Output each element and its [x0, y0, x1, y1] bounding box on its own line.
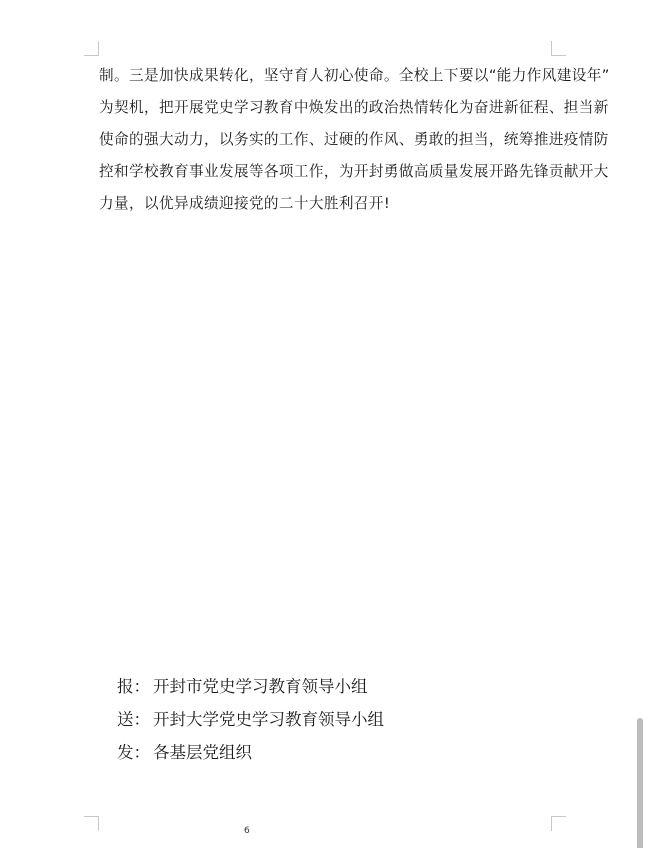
distribution-list: 报： 开封市党史学习教育领导小组 送： 开封大学党史学习教育领导小组 发： 各基… [117, 670, 384, 769]
distribution-row-issue: 发： 各基层党组织 [117, 736, 384, 769]
margin-marker-top-right [551, 41, 566, 56]
page-number: 6 [244, 826, 250, 836]
distribution-recipient: 开封大学党史学习教育领导小组 [153, 703, 384, 736]
distribution-recipient: 各基层党组织 [153, 736, 252, 769]
paragraph-line: 使命的强大动力，以务实的工作、过硬的作风、勇敢的担当，统筹推进疫情防 [99, 124, 551, 156]
margin-marker-top-left [84, 41, 99, 56]
margin-marker-bottom-right [551, 816, 566, 831]
paragraph-line: 制。三是加快成果转化，坚守育人初心使命。全校上下要以“能力作风建设年” [99, 60, 551, 92]
distribution-row-report: 报： 开封市党史学习教育领导小组 [117, 670, 384, 703]
distribution-label: 报： [117, 670, 153, 703]
vertical-scrollbar[interactable] [637, 718, 643, 848]
distribution-recipient: 开封市党史学习教育领导小组 [153, 670, 368, 703]
paragraph-line: 控和学校教育事业发展等各项工作，为开封勇做高质量发展开路先锋贡献开大 [99, 156, 551, 188]
paragraph-line: 为契机，把开展党史学习教育中焕发出的政治热情转化为奋进新征程、担当新 [99, 92, 551, 124]
distribution-row-send: 送： 开封大学党史学习教育领导小组 [117, 703, 384, 736]
margin-marker-bottom-left [84, 816, 99, 831]
document-page: 制。三是加快成果转化，坚守育人初心使命。全校上下要以“能力作风建设年” 为契机，… [0, 0, 650, 848]
distribution-label: 发： [117, 736, 153, 769]
distribution-label: 送： [117, 703, 153, 736]
body-paragraph: 制。三是加快成果转化，坚守育人初心使命。全校上下要以“能力作风建设年” 为契机，… [99, 60, 551, 220]
paragraph-line: 力量，以优异成绩迎接党的二十大胜利召开! [99, 188, 551, 220]
